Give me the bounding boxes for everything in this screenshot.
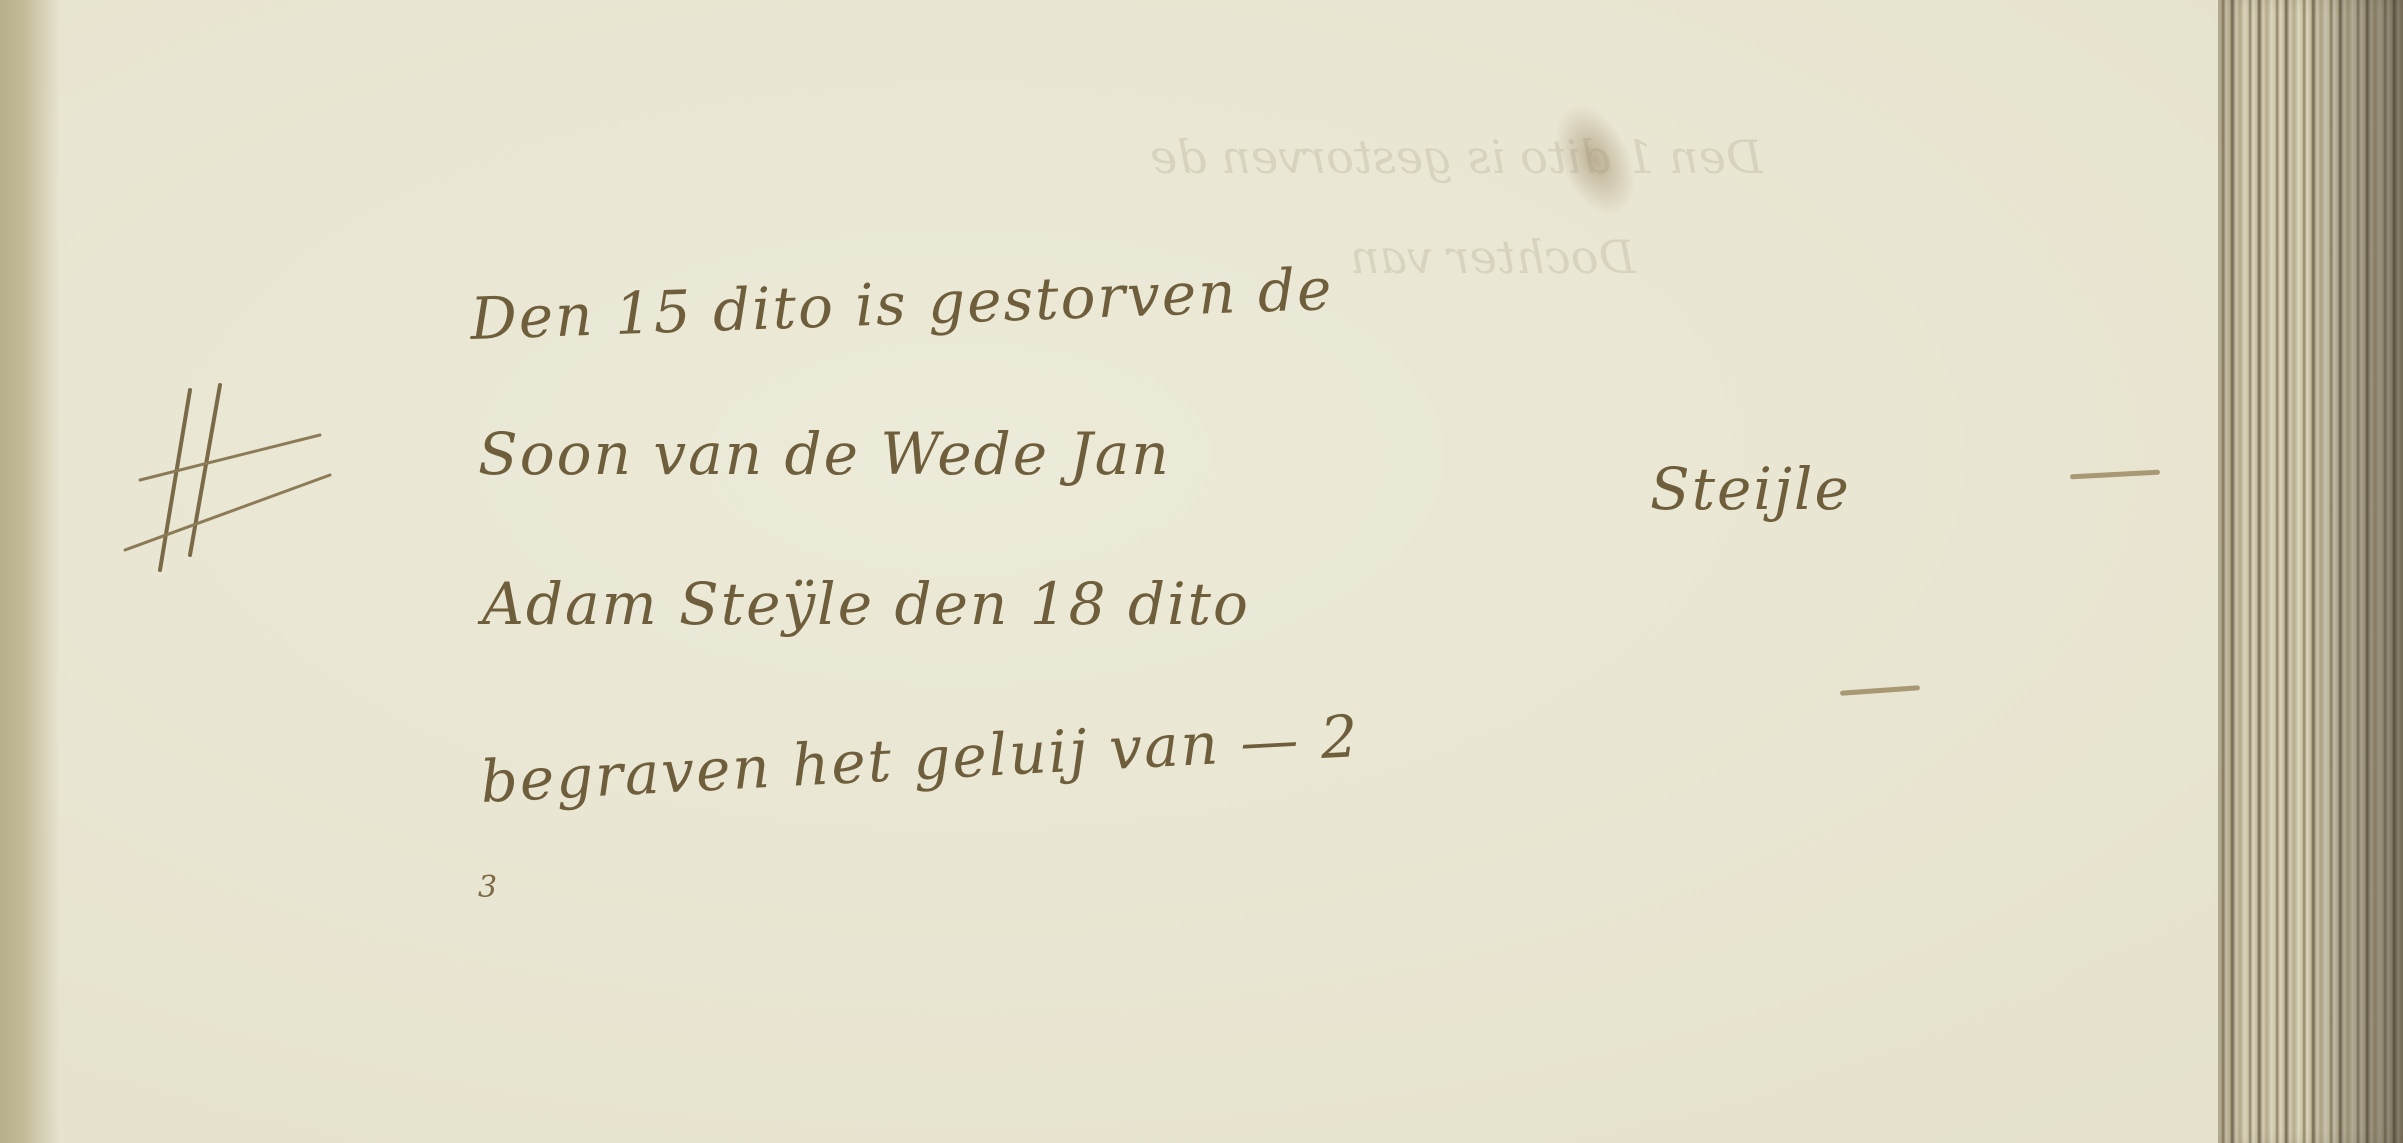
- entry-line-1: Den 15 dito is gestorven de: [469, 255, 1334, 353]
- entry-line-2: Soon van de Wede Jan: [478, 420, 1171, 488]
- fee-dash: [2070, 470, 2160, 480]
- entry-line-4: begraven het geluij van — 2: [479, 702, 1361, 816]
- bleed-through-text: Dochter van: [1350, 230, 1635, 284]
- footnote-mark: 3: [478, 870, 499, 905]
- page-fore-edge: [2218, 0, 2403, 1143]
- fee-dash: [1840, 685, 1920, 696]
- surname-annotation: Steijle: [1650, 455, 1851, 523]
- bleed-through-text: Den 1 dito is gestorven de: [1150, 130, 1763, 184]
- manuscript-page: Den 1 dito is gestorven de Dochter van D…: [0, 0, 2403, 1143]
- margin-hash-mark-icon: [120, 380, 340, 580]
- entry-line-3: Adam Steÿle den 18 dito: [482, 570, 1250, 638]
- binding-shadow: [0, 0, 60, 1143]
